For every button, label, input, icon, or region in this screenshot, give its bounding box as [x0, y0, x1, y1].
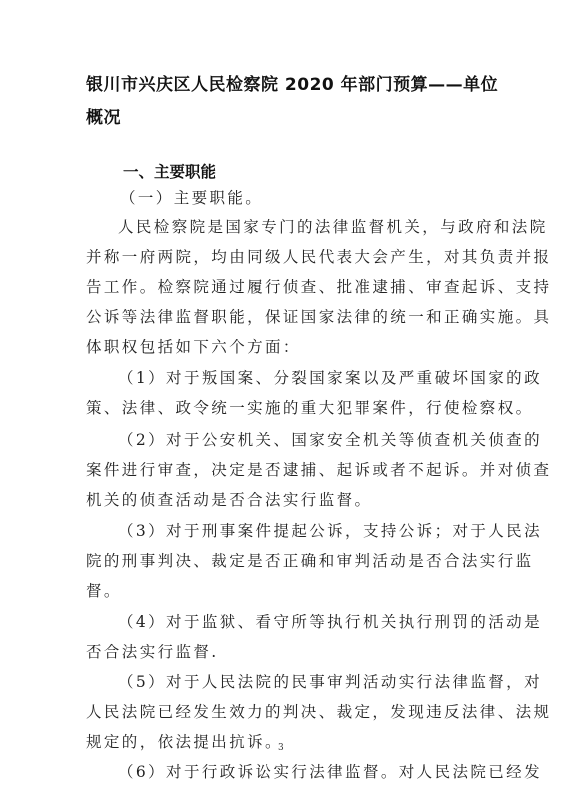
subsection-heading: （一）主要职能。 — [120, 186, 263, 208]
paragraph-line: 案件进行审查，决定是否逮捕、起诉或者不起诉。并对侦查 — [86, 458, 551, 480]
paragraph-line: （2）对于公安机关、国家安全机关等侦查机关侦查的 — [118, 428, 542, 450]
paragraph-line: 公诉等法律监督职能，保证国家法律的统一和正确实施。具 — [86, 305, 551, 327]
document-title-line-2: 概况 — [86, 103, 486, 128]
paragraph-line: 机关的侦查活动是否合法实行监督。 — [86, 488, 372, 510]
paragraph-line: 否合法实行监督. — [86, 640, 219, 662]
paragraph-line: 规定的，依法提出抗诉。 — [86, 730, 283, 752]
paragraph-line: 策、法律、政令统一实施的重大犯罪案件，行使检察权。 — [86, 396, 534, 418]
paragraph-line: 告工作。检察院通过履行侦查、批准逮捕、审查起诉、支持 — [86, 275, 551, 297]
paragraph-line: （1）对于叛国案、分裂国家案以及严重破坏国家的政 — [118, 366, 542, 388]
document-page: 银川市兴庆区人民检察院 2020 年部门预算——单位 概况 一、主要职能 （一）… — [0, 0, 565, 800]
page-number: 3 — [278, 743, 284, 753]
paragraph-line: （4）对于监狱、看守所等执行机关执行刑罚的活动是 — [118, 610, 542, 632]
document-title-line-1: 银川市兴庆区人民检察院 2020 年部门预算——单位 — [86, 70, 486, 95]
section-heading: 一、主要职能 — [123, 160, 216, 182]
paragraph-line: 督。 — [86, 579, 122, 601]
paragraph-line: （6）对于行政诉讼实行法律监督。对人民法院已经发 — [118, 760, 542, 782]
paragraph-line: （5）对于人民法院的民事审判活动实行法律监督，对 — [118, 670, 542, 692]
paragraph-line: 人民检察院是国家专门的法律监督机关，与政府和法院 — [118, 215, 548, 237]
paragraph-line: 体职权包括如下六个方面： — [86, 335, 301, 357]
paragraph-line: 人民法院已经发生效力的判决、裁定，发现违反法律、法规 — [86, 700, 551, 722]
paragraph-line: 并称一府两院，均由同级人民代表大会产生，对其负责并报 — [86, 245, 551, 267]
paragraph-line: （3）对于刑事案件提起公诉，支持公诉；对于人民法 — [118, 519, 542, 541]
paragraph-line: 院的刑事判决、裁定是否正确和审判活动是否合法实行监 — [86, 549, 534, 571]
